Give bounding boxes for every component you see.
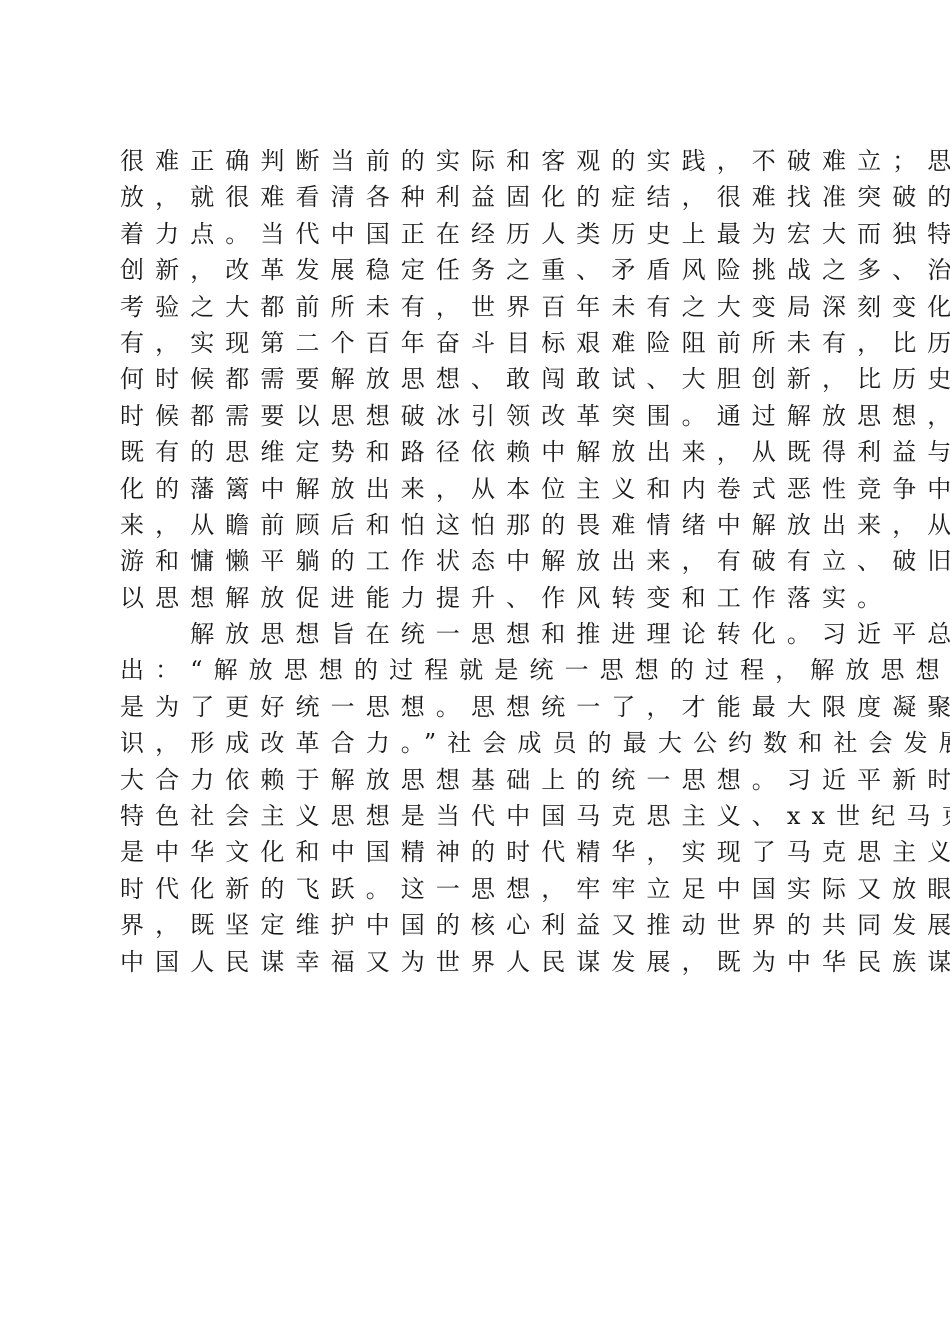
- text-line: 以思想解放促进能力提升、作风转变和工作落实。: [120, 580, 822, 616]
- text-line: 有，实现第二个百年奋斗目标艰难险阻前所未有，比历史上任: [120, 325, 822, 361]
- text-line: 既有的思维定势和路径依赖中解放出来，从既得利益与利益固: [120, 434, 822, 470]
- text-line: 大合力依赖于解放思想基础上的统一思想。习近平新时代中国: [120, 762, 822, 798]
- document-page: 很难正确判断当前的实际和客观的实践，不破难立；思想不解 放，就很难看清各种利益固…: [0, 0, 950, 1344]
- text-line: 着力点。当代中国正在经历人类历史上最为宏大而独特的实践: [120, 216, 822, 252]
- text-line: 化的藩篱中解放出来，从本位主义和内卷式恶性竞争中解放出: [120, 471, 822, 507]
- text-line: 游和慵懒平躺的工作状态中解放出来，有破有立、破旧立新，: [120, 543, 822, 579]
- text-line: 时候都需要以思想破冰引领改革突围。通过解放思想，切实从: [120, 398, 822, 434]
- text-line: 是为了更好统一思想。思想统一了，才能最大限度凝聚改革共: [120, 689, 822, 725]
- text-line: 识，形成改革合力。”社会成员的最大公约数和社会发展的最: [120, 725, 822, 761]
- text-line: 放，就很难看清各种利益固化的症结，很难找准突破的方向和: [120, 179, 822, 215]
- text-line: 特色社会主义思想是当代中国马克思主义、xx世纪马克思主义，: [120, 798, 822, 834]
- paragraph-2: 解放思想旨在统一思想和推进理论转化。习近平总书记指 出：“解放思想的过程就是统一…: [120, 616, 822, 980]
- text-line: 考验之大都前所未有，世界百年未有之大变局深刻变化前所未: [120, 289, 822, 325]
- text-line: 中国人民谋幸福又为世界人民谋发展，既为中华民族谋复兴也: [120, 944, 822, 980]
- document-body: 很难正确判断当前的实际和客观的实践，不破难立；思想不解 放，就很难看清各种利益固…: [120, 143, 822, 980]
- text-line: 解放思想旨在统一思想和推进理论转化。习近平总书记指: [120, 616, 822, 652]
- text-line: 很难正确判断当前的实际和客观的实践，不破难立；思想不解: [120, 143, 822, 179]
- text-line: 出：“解放思想的过程就是统一思想的过程，解放思想的目的: [120, 652, 822, 688]
- text-line: 何时候都需要解放思想、敢闯敢试、大胆创新，比历史上任何: [120, 361, 822, 397]
- text-line: 时代化新的飞跃。这一思想，牢牢立足中国实际又放眼当今世: [120, 871, 822, 907]
- paragraph-1: 很难正确判断当前的实际和客观的实践，不破难立；思想不解 放，就很难看清各种利益固…: [120, 143, 822, 616]
- text-line: 来，从瞻前顾后和怕这怕那的畏难情绪中解放出来，从甘居中: [120, 507, 822, 543]
- text-line: 创新，改革发展稳定任务之重、矛盾风险挑战之多、治国理政: [120, 252, 822, 288]
- text-line: 是中华文化和中国精神的时代精华，实现了马克思主义中国化: [120, 834, 822, 870]
- text-line: 界，既坚定维护中国的核心利益又推动世界的共同发展，既为: [120, 907, 822, 943]
